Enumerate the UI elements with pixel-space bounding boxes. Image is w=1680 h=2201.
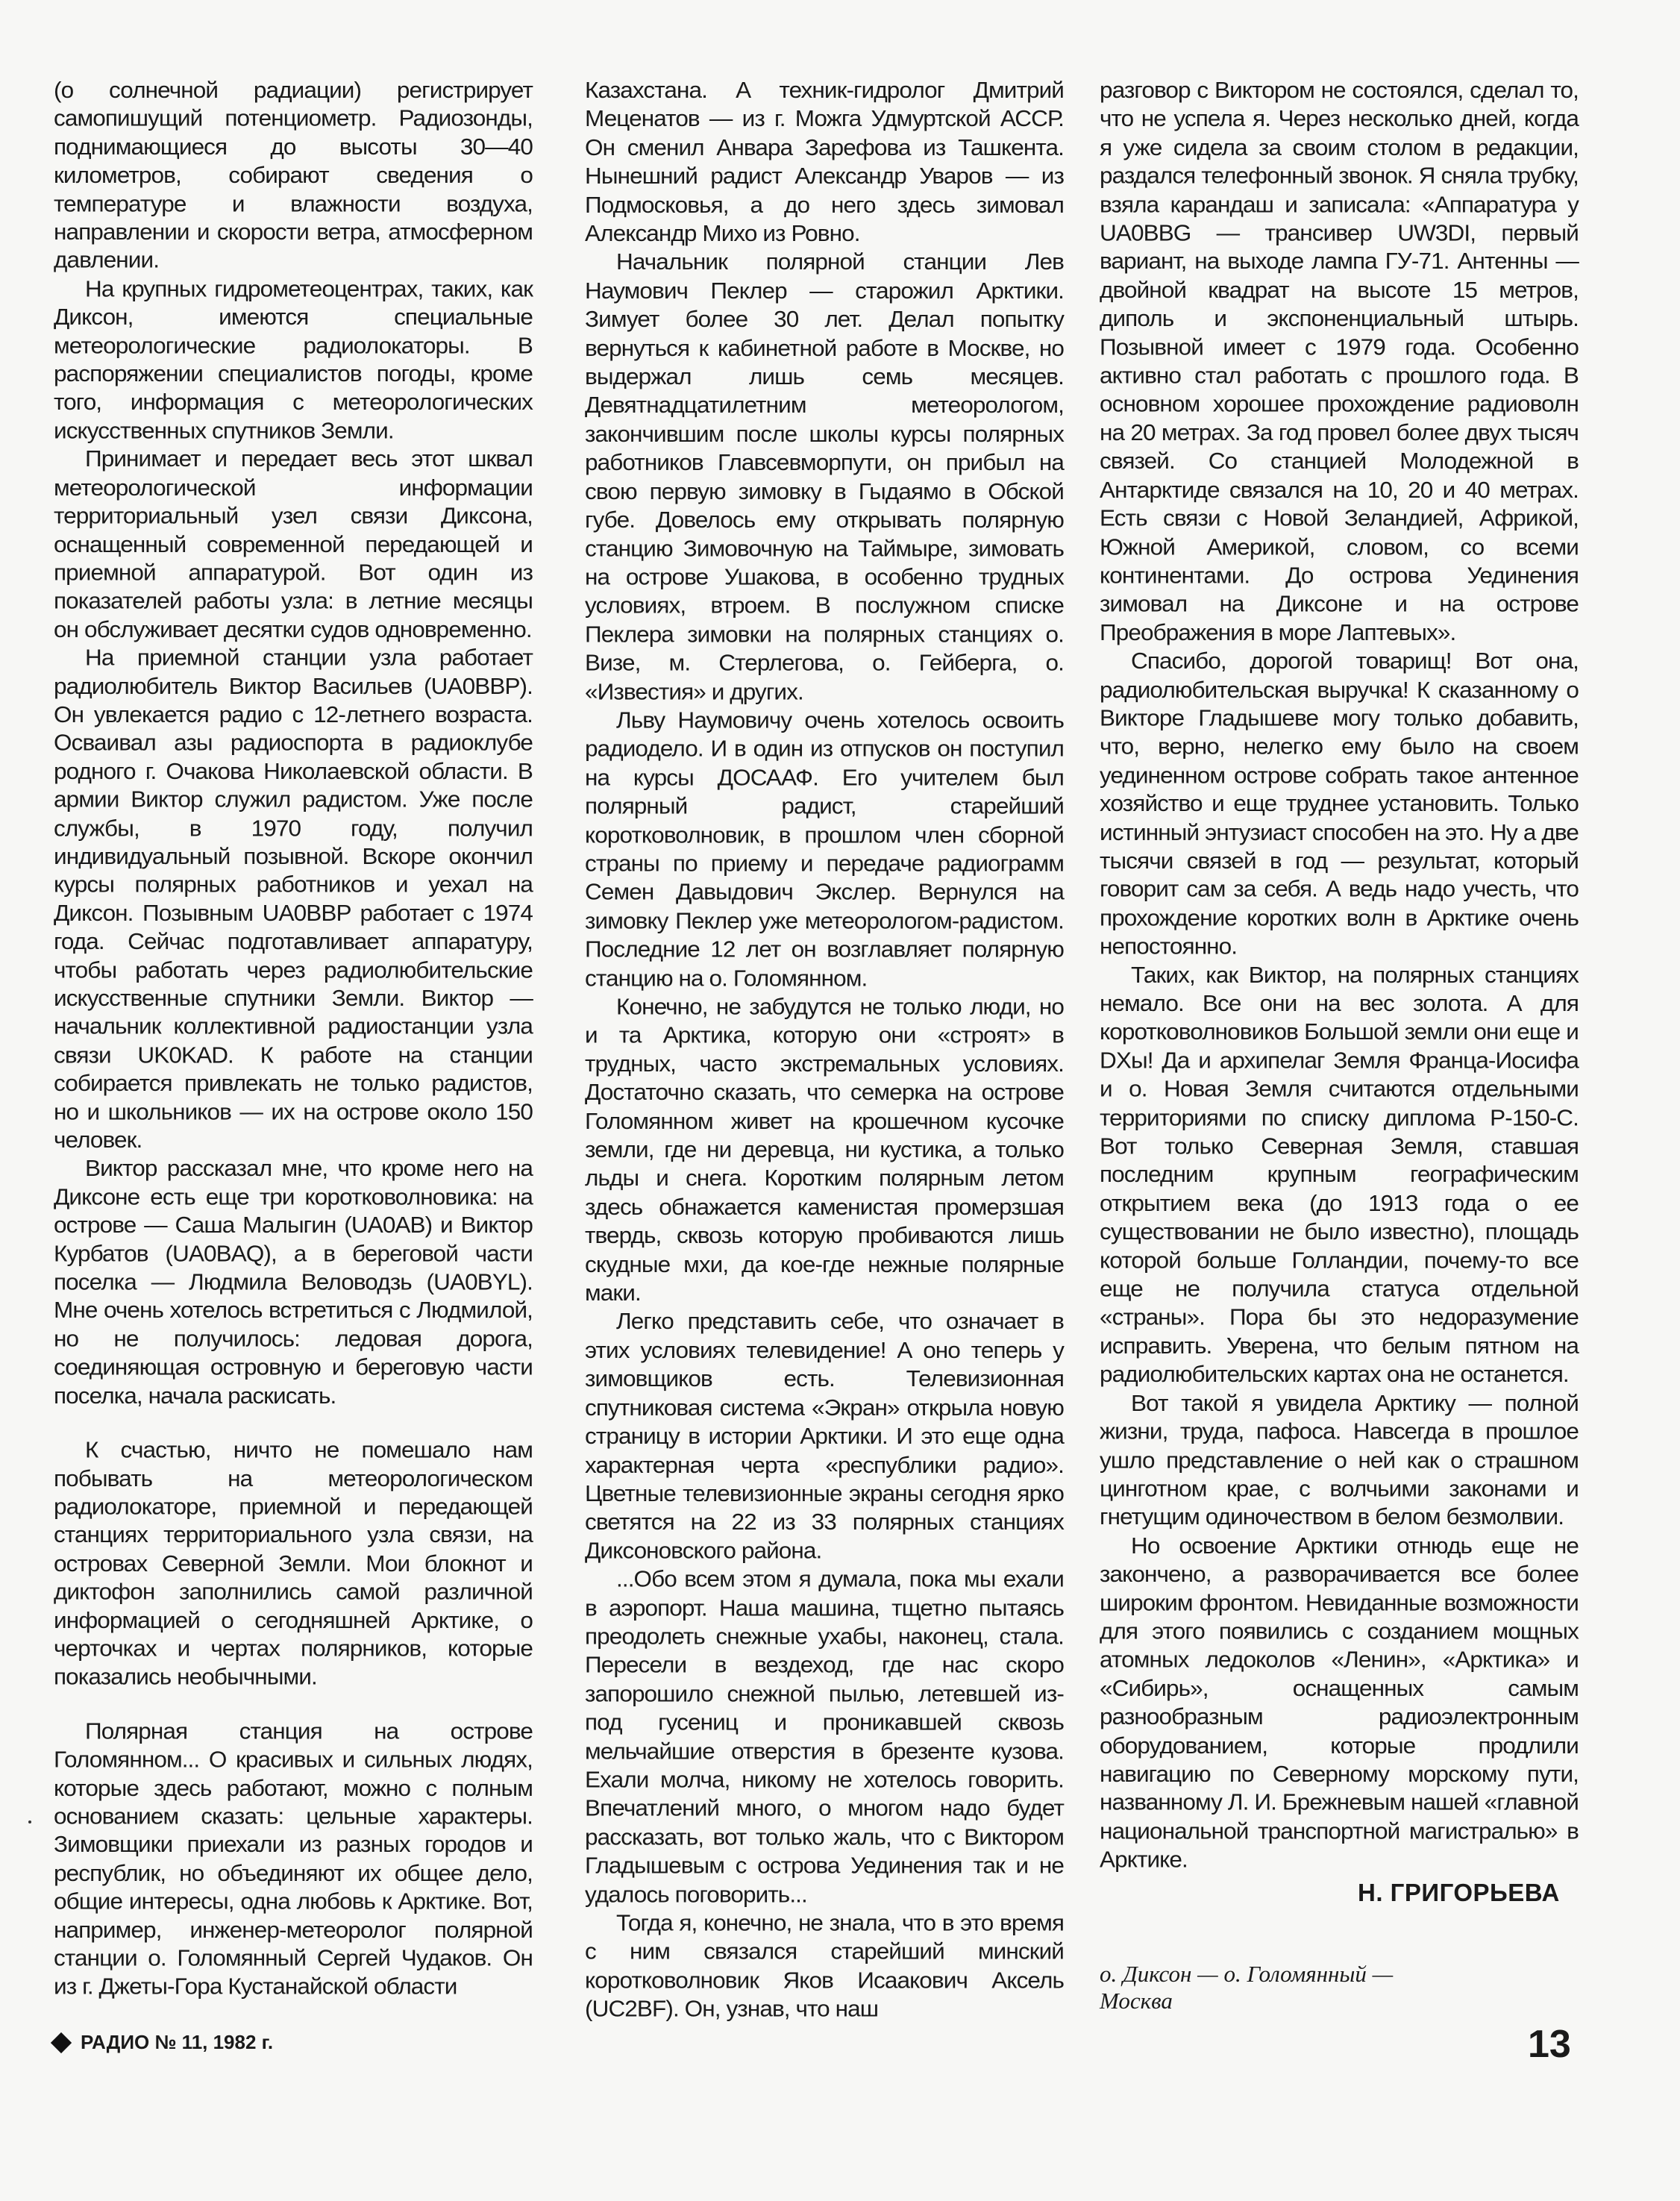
- article-paragraph: Полярная станция на острове Голомянном..…: [54, 1717, 533, 2000]
- article-paragraph: Льву Наумовичу очень хотелось освоить ра…: [585, 706, 1064, 992]
- article-paragraph: Тогда я, конечно, не знала, что в это вр…: [585, 1909, 1064, 2023]
- article-column-3: разговор с Виктором не состоялся, сделал…: [1100, 76, 1579, 1874]
- article-paragraph: Таких, как Виктор, на полярных станциях …: [1100, 961, 1579, 1389]
- author-signature: Н. ГРИГОРЬЕВА: [1358, 1879, 1560, 1907]
- article-paragraph: Но освоение Арктики отнюдь еще не законч…: [1100, 1532, 1579, 1874]
- article-paragraph: Начальник полярной станции Лев Наумович …: [585, 248, 1064, 706]
- dateline-line-1: о. Диксон — о. Голомянный —: [1100, 1961, 1393, 1988]
- article-paragraph: На крупных гидрометеоцентрах, таких, как…: [54, 275, 533, 445]
- print-speck: [28, 1820, 31, 1823]
- article-paragraph: ...Обо всем этом я думала, пока мы ехали…: [585, 1565, 1064, 1909]
- article-paragraph: К счастью, ничто не помешало нам побыват…: [54, 1435, 533, 1691]
- article-paragraph: (о солнечной радиации) регистрирует само…: [54, 76, 533, 275]
- article-paragraph: Принимает и передает весь этот шквал мет…: [54, 445, 533, 643]
- article-paragraph: Вот такой я увидела Арктику — полной жиз…: [1100, 1388, 1579, 1531]
- article-paragraph: Легко представить себе, что означает в э…: [585, 1307, 1064, 1565]
- article-paragraph: На приемной станции узла работает радиол…: [54, 644, 533, 1155]
- article-column-1: (о солнечной радиации) регистрирует само…: [54, 76, 533, 2001]
- dateline-line-2: Москва: [1100, 1988, 1393, 2014]
- page-number: 13: [1528, 2022, 1571, 2067]
- article-paragraph: разговор с Виктором не состоялся, сделал…: [1100, 76, 1579, 647]
- magazine-footer: РАДИО № 11, 1982 г.: [54, 2031, 273, 2054]
- article-paragraph: Спасибо, дорогой товарищ! Вот она, радио…: [1100, 647, 1579, 961]
- diamond-bullet-icon: [51, 2032, 72, 2053]
- magazine-issue-label: РАДИО № 11, 1982 г.: [81, 2031, 273, 2054]
- article-paragraph: Конечно, не забудутся не только люди, но…: [585, 992, 1064, 1307]
- article-paragraph: Виктор рассказал мне, что кроме него на …: [54, 1154, 533, 1409]
- article-column-2: Казахстана. А техник-гидролог Дмитрий Ме…: [585, 76, 1064, 2023]
- article-paragraph: Казахстана. А техник-гидролог Дмитрий Ме…: [585, 76, 1064, 248]
- dateline-places: о. Диксон — о. Голомянный — Москва: [1100, 1961, 1393, 2014]
